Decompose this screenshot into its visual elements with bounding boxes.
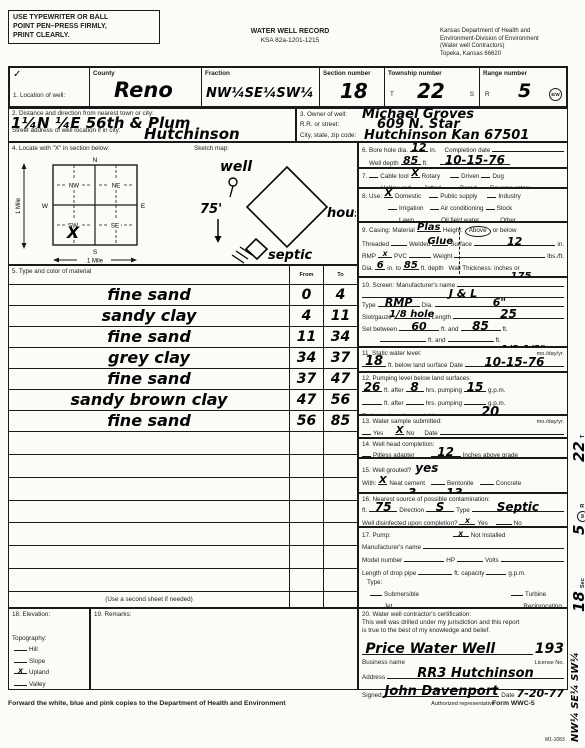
- pump-mfr-label: Manufacturer's name: [362, 544, 421, 552]
- second-sheet-note: (Use a second sheet if needed): [9, 592, 289, 607]
- material-row: fine sand 11 34: [9, 326, 357, 347]
- materials-title: 5. Type and color of material: [12, 268, 91, 276]
- section-15-grout: 15. Well grouted? yes With: XNeat cement…: [358, 458, 568, 493]
- unit-ft: ft.: [423, 160, 428, 168]
- compass-s: S: [93, 249, 98, 256]
- margin-township-label: T: [580, 435, 585, 438]
- material-value: sandy brown clay: [9, 390, 289, 410]
- sample-no-x-mark: X: [396, 426, 404, 436]
- compass-n: N: [93, 157, 98, 164]
- township-value: 22: [417, 79, 445, 103]
- sample-date-label: Date: [424, 430, 437, 438]
- option-slope: Slope: [29, 658, 45, 666]
- section-12-pumping-level: 12. Pumping level below land surfaces: 2…: [358, 372, 568, 415]
- section-6-bore-hole: 6. Bore hole dia. 12 in. Completion date…: [358, 142, 568, 168]
- bore-dia-label: 6. Bore hole dia.: [362, 147, 408, 155]
- surface-value: 12: [507, 236, 522, 247]
- set-from-value: 60: [411, 321, 426, 332]
- option-driven: Driven: [461, 173, 479, 181]
- screen-mfr-label: Manufacturer's name: [396, 282, 455, 290]
- business-name-label: Business name: [362, 659, 405, 667]
- location-label: 1. Location of well:: [13, 92, 65, 100]
- sketch-map: well 75' house septic: [194, 151, 356, 265]
- instruction-line: POINT PEN–PRESS FIRMLY,: [13, 23, 155, 32]
- fraction-value: NW¼SE¼SW¼: [206, 86, 314, 101]
- material-value: grey clay: [9, 348, 289, 368]
- unit-hrs-pumping: hrs. pumping: [426, 387, 462, 395]
- option-air-conditioning: Air conditioning: [441, 205, 484, 213]
- option-irrigation: Irrigation: [399, 205, 424, 213]
- unit-ft-after: ft. after: [384, 400, 404, 408]
- option-industry: Industry: [498, 193, 520, 201]
- county-label: County: [93, 70, 115, 78]
- section-10-screen: 10. Screen: Manufacturer's name J & L Ty…: [358, 277, 568, 347]
- casing-dia-value: 6: [377, 261, 384, 271]
- unit-gpm: g.p.m.: [508, 570, 526, 578]
- unit-gpm: g.p.m.: [488, 387, 506, 395]
- form-statute: KSA 82a-1201-1215: [200, 37, 380, 45]
- material-from-value: 0: [289, 285, 323, 305]
- well-symbol: [229, 178, 237, 186]
- material-to-value: 11: [323, 306, 357, 326]
- upland-x-mark: X: [18, 669, 23, 675]
- business-name-value: Price Water Well: [365, 642, 495, 656]
- material-to-value: 56: [323, 390, 357, 410]
- neat-cement-x-mark: X: [379, 476, 387, 486]
- screen-type-label: Type: [362, 302, 376, 310]
- range-value: 5: [518, 80, 531, 102]
- section-number-label: Section number: [323, 70, 371, 78]
- unit-in: in.: [557, 241, 564, 249]
- house-outline: [247, 167, 327, 247]
- option-submersible: Submersible: [384, 591, 419, 599]
- form-title: WATER WELL RECORD: [200, 28, 380, 37]
- margin-section-label: Sec: [580, 578, 585, 588]
- screen-length-value: 25: [500, 308, 517, 320]
- owner-city-label: City, state, zip code:: [300, 132, 356, 140]
- street-address-label: Street address of well location if in ci…: [12, 127, 121, 135]
- casing-material-value: Plas: [417, 223, 440, 233]
- height-or-below: or below: [493, 227, 517, 235]
- section-17-pump: 17. Pump: X Not installed Manufacturer's…: [358, 527, 568, 608]
- rmp-label: RMP: [362, 253, 376, 261]
- material-row-empty: [9, 522, 357, 545]
- slot-gauze-label: Slot/gauze: [362, 314, 392, 322]
- mile-horizontal-label: 1 Mile: [87, 259, 104, 265]
- range-r: R: [485, 91, 490, 99]
- material-row: fine sand 37 47: [9, 368, 357, 389]
- material-row: fine sand 56 85: [9, 410, 357, 431]
- material-row-empty: [9, 545, 357, 568]
- option-upland: Upland: [29, 669, 49, 677]
- not-installed-label: Not installed: [471, 532, 506, 540]
- certification-line2: is true to the best of my knowledge and …: [362, 627, 490, 635]
- rmp-x-mark: X: [383, 252, 388, 258]
- county-cell: County Reno: [90, 68, 202, 106]
- unit-ft-and: ft. and: [441, 326, 459, 334]
- material-row: sandy clay 4 11: [9, 305, 357, 326]
- well-depth-value: 85: [403, 155, 418, 166]
- township-s: S: [470, 91, 474, 99]
- signed-label: Signed: [362, 692, 382, 700]
- casing-dia-label: Dia.: [362, 265, 373, 273]
- quadrant-ne-label: NE: [112, 183, 121, 190]
- quadrant-nw-label: NW: [69, 183, 79, 190]
- option-turbine: Turbine: [525, 591, 546, 599]
- material-value: fine sand: [9, 411, 289, 431]
- agency-line: Kansas Department of Health and: [440, 28, 575, 36]
- pump-label: 17. Pump:: [362, 532, 391, 540]
- material-from-value: 34: [289, 348, 323, 368]
- water-well-record-form: USE TYPEWRITER OR BALL POINT PEN–PRESS F…: [0, 0, 585, 748]
- section-19-remarks: 19. Remarks:: [90, 608, 358, 690]
- owner-city-value: Hutchinson Kan 67501: [364, 128, 529, 143]
- rotary-x-mark: X: [411, 169, 419, 179]
- set-between-label: Set between: [362, 326, 397, 334]
- from-column-header: From: [289, 266, 323, 284]
- contamination-type-value: Septic: [497, 501, 539, 513]
- section-5-materials: 5. Type and color of material From To fi…: [8, 265, 358, 608]
- street-address-value: Hutchinson: [144, 125, 240, 143]
- pumping-gpm-value: 15: [467, 381, 484, 393]
- margin-ew-circle: W: [577, 511, 585, 522]
- elevation-label: 18. Elevation:: [12, 611, 50, 619]
- owner-street-label: R.R. or street:: [300, 121, 339, 129]
- unit-ft: ft.: [362, 507, 367, 515]
- option-cable-tool: Cable tool: [380, 173, 408, 181]
- margin-quarters-note: NW¼ SE¼ SW¼: [570, 652, 581, 742]
- instruction-line: USE TYPEWRITER OR BALL: [13, 14, 155, 23]
- static-date-label: Date: [450, 362, 463, 370]
- material-from-value: 11: [289, 327, 323, 347]
- static-date-value: 10-15-76: [484, 356, 544, 368]
- forward-copies-note: Forward the white, blue and pink copies …: [8, 700, 286, 708]
- domestic-x-mark: X: [385, 189, 393, 199]
- certification-label: 20. Water well contractor's certificatio…: [362, 611, 471, 619]
- township-cell: Township number T 22 S: [385, 68, 480, 106]
- material-row-empty: [9, 500, 357, 523]
- section-3-owner: 3. Owner of well: Michael Groves R.R. or…: [296, 108, 568, 142]
- locate-label: 4. Locate with "X" in section below:: [12, 145, 110, 153]
- completion-date-value: 10-15-76: [445, 154, 505, 166]
- sketch-distance-label: 75': [200, 202, 222, 217]
- option-valley: Valley: [29, 681, 46, 689]
- agency-line: Topeka, Kansas 66620: [440, 51, 575, 59]
- screen-label: 10. Screen:: [362, 282, 394, 290]
- location-label-cell: ✓ 1. Location of well:: [10, 68, 90, 106]
- static-level-value: 18: [365, 355, 383, 368]
- topography-label: Topography:: [12, 635, 47, 643]
- casing-depth-value: 85: [404, 261, 418, 271]
- agency-line: Environment-Division of Environment: [440, 36, 575, 44]
- option-hill: Hill: [29, 646, 38, 654]
- remarks-label: 19. Remarks:: [94, 611, 131, 619]
- margin-section-value: 18: [570, 591, 585, 612]
- mile-vertical-label: 1 Mile: [16, 197, 22, 214]
- screen-length-label: Length: [432, 314, 451, 322]
- township-label: Township number: [388, 70, 442, 78]
- use-label: 8. Use:: [362, 193, 382, 201]
- section-14-well-head: 14. Well head completion: Pitless adapte…: [358, 438, 568, 458]
- to-column-header: To: [323, 266, 357, 284]
- section-11-static-level: 11. Static water level: mo./day/yr. 18 f…: [358, 347, 568, 372]
- disinfected-yes-x-mark: X: [465, 519, 470, 525]
- option-public-supply: Public supply: [440, 193, 477, 201]
- material-row: sandy brown clay 47 56: [9, 389, 357, 410]
- unit-lbs-ft: lbs./ft.: [547, 253, 564, 261]
- pump-hp-label: HP: [446, 557, 455, 565]
- material-row-empty: [9, 568, 357, 591]
- section-16-contamination: 16. Nearest source of possible contamina…: [358, 493, 568, 527]
- construction-label: 7.: [362, 173, 367, 181]
- direction-label: Direction: [399, 507, 424, 515]
- county-value: Reno: [114, 78, 173, 102]
- material-to-value: 37: [323, 348, 357, 368]
- height-above-circled: Above: [465, 226, 491, 237]
- threaded-label: Threaded: [362, 241, 389, 249]
- sketch-septic-label: septic: [268, 248, 313, 263]
- unit-in-to: in. to: [387, 265, 401, 273]
- drop-pipe-label: Length of drop pipe: [362, 570, 416, 578]
- quadrant-se-label: SE: [111, 223, 119, 230]
- certification-line1: This well was drilled under my jurisdict…: [362, 619, 520, 627]
- well-location-x-mark: X: [66, 223, 80, 242]
- not-installed-x-mark: X: [458, 532, 463, 538]
- material-value: fine sand: [9, 285, 289, 305]
- fraction-cell: Fraction NW¼SE¼SW¼: [202, 68, 320, 106]
- option-domestic: Domestic: [395, 193, 421, 201]
- section-8-use: 8. Use: XDomestic Public supply Industry…: [358, 188, 568, 222]
- typewriter-instruction-box: USE TYPEWRITER OR BALL POINT PEN–PRESS F…: [8, 10, 160, 44]
- weight-label: Weight: [433, 253, 452, 261]
- mo-day-yr-label: mo./day/yr.: [537, 419, 564, 426]
- grout-with-label: With:: [362, 480, 376, 488]
- section-7-construction: 7. Cable tool XRotary Driven Dug Hollow …: [358, 168, 568, 188]
- option-stock: Stock: [497, 205, 513, 213]
- material-row-empty: [9, 477, 357, 500]
- section-number-value: 18: [340, 79, 368, 103]
- capacity-label: ft. capacity: [454, 570, 484, 578]
- pump-type-label: Type:: [367, 579, 382, 587]
- township-t: T: [390, 91, 394, 99]
- material-row-empty: [9, 454, 357, 477]
- unit-ft-after: ft. after: [384, 387, 404, 395]
- margin-quarters-value: NW¼ SE¼ SW¼: [570, 652, 581, 742]
- grouted-value: yes: [415, 461, 438, 476]
- margin-range-label: R: [580, 504, 585, 508]
- address-value: RR3 Hutchinson: [417, 667, 534, 680]
- range-ew-circle: E/W: [549, 88, 562, 101]
- unit-hrs-pumping: hrs. pumping: [426, 400, 462, 408]
- sample-no-label: No: [406, 430, 414, 438]
- signature-value: John Davenport: [385, 685, 499, 698]
- below-land-surface-label: ft. below land surface: [388, 362, 448, 370]
- well-head-label: 14. Well head completion:: [362, 441, 434, 449]
- screen-type-value: RMP: [385, 297, 412, 308]
- contamination-type-label: Type: [456, 507, 470, 515]
- address-label: Address: [362, 674, 385, 682]
- compass-w: W: [42, 203, 49, 210]
- material-from-value: 56: [289, 411, 323, 431]
- pump-volts-label: Volts: [485, 557, 499, 565]
- owner-label: 3. Owner of well:: [300, 111, 347, 119]
- material-to-value: 85: [323, 411, 357, 431]
- material-value: fine sand: [9, 327, 289, 347]
- inches-above-grade-value: 12: [437, 446, 454, 458]
- margin-range-value: 5: [570, 525, 585, 535]
- section-number-cell: Section number 18: [320, 68, 385, 106]
- instruction-line: PRINT CLEARLY.: [13, 32, 155, 41]
- section-13-water-sample: 13. Water sample submitted: mo./day/yr. …: [358, 415, 568, 438]
- casing-label: 9. Casing:: [362, 227, 390, 235]
- casing-material-label: Material: [392, 227, 414, 235]
- margin-section-note: 18 Sec: [570, 578, 585, 612]
- material-to-value: 4: [323, 285, 357, 305]
- section-1-location: ✓ 1. Location of well: County Reno Fract…: [8, 66, 568, 108]
- unit-ft: ft.: [503, 326, 508, 334]
- sketch-house-label: house: [327, 206, 356, 221]
- material-value: fine sand: [9, 369, 289, 389]
- section-20-certification: 20. Water well contractor's certificatio…: [358, 608, 568, 690]
- margin-township-value: 22: [570, 441, 585, 462]
- sample-yes-label: Yes: [373, 430, 383, 438]
- margin-township-note: 22 T: [570, 435, 585, 462]
- surface-label: Surface: [450, 241, 472, 249]
- material-from-value: 47: [289, 390, 323, 410]
- sketch-well-label: well: [220, 159, 252, 175]
- section-4-locate: 4. Locate with "X" in section below: Ske…: [8, 142, 358, 265]
- material-to-value: 34: [323, 327, 357, 347]
- agency-block: Kansas Department of Health and Environm…: [440, 28, 575, 58]
- material-row: grey clay 34 37: [9, 347, 357, 368]
- pumping-hrs-value: 8: [410, 381, 418, 393]
- section-2-distance: 2. Distance and direction from nearest t…: [8, 108, 296, 142]
- unit-in: in.: [430, 147, 437, 155]
- option-rotary: Rotary: [422, 173, 441, 181]
- authorized-representative-label: Authorized representative: [431, 701, 495, 707]
- welded-value: Glue: [427, 237, 453, 247]
- section-quadrant-diagram: 1 Mile NW NE SW SE N S W E: [11, 153, 191, 265]
- grouted-label: 15. Well grouted?: [362, 467, 411, 475]
- range-cell: Range number R 5 E/W: [480, 68, 566, 106]
- material-from-value: 37: [289, 369, 323, 389]
- option-concrete: Concrete: [496, 480, 522, 488]
- margin-range-note: 5 W R: [570, 504, 585, 535]
- pump-model-label: Model number: [362, 557, 402, 565]
- septic-tank-symbol: [246, 239, 267, 259]
- material-from-value: 4: [289, 306, 323, 326]
- contamination-distance-value: 75: [375, 501, 392, 513]
- pumping-ft-value: 26: [364, 381, 381, 393]
- license-number-value: 193: [535, 641, 564, 657]
- unit-ft-and: ft. and: [428, 337, 446, 345]
- option-dug: Dug: [492, 173, 504, 181]
- bore-dia-value: 12: [411, 142, 426, 153]
- section-18-elevation: 18. Elevation: Topography: Hill Slope XU…: [8, 608, 90, 690]
- material-value: sandy clay: [9, 306, 289, 326]
- fraction-label: Fraction: [205, 70, 230, 78]
- slot-gauze-value: 1/8 hole: [389, 310, 434, 320]
- form-number: Form WWC-5: [492, 700, 535, 708]
- material-row-empty: [9, 431, 357, 454]
- checkmark: ✓: [13, 69, 21, 80]
- set-to-value: 85: [472, 320, 489, 332]
- direction-value: S: [436, 501, 445, 513]
- screen-mfr-value: J & L: [449, 288, 477, 299]
- unit-ft-depth: ft. depth: [421, 265, 444, 273]
- material-row: fine sand 0 4: [9, 284, 357, 305]
- range-label: Range number: [483, 70, 527, 78]
- section-9-casing: 9. Casing: Material Plas Height: Above o…: [358, 222, 568, 277]
- license-number-label: License No.: [534, 660, 564, 667]
- print-code: M1-1083: [545, 737, 565, 743]
- material-to-value: 47: [323, 369, 357, 389]
- form-title-block: WATER WELL RECORD KSA 82a-1201-1215: [200, 28, 380, 45]
- well-depth-label: Well depth: [369, 160, 399, 168]
- agency-line: (Water well Contractors): [440, 43, 575, 51]
- compass-e: E: [141, 203, 146, 210]
